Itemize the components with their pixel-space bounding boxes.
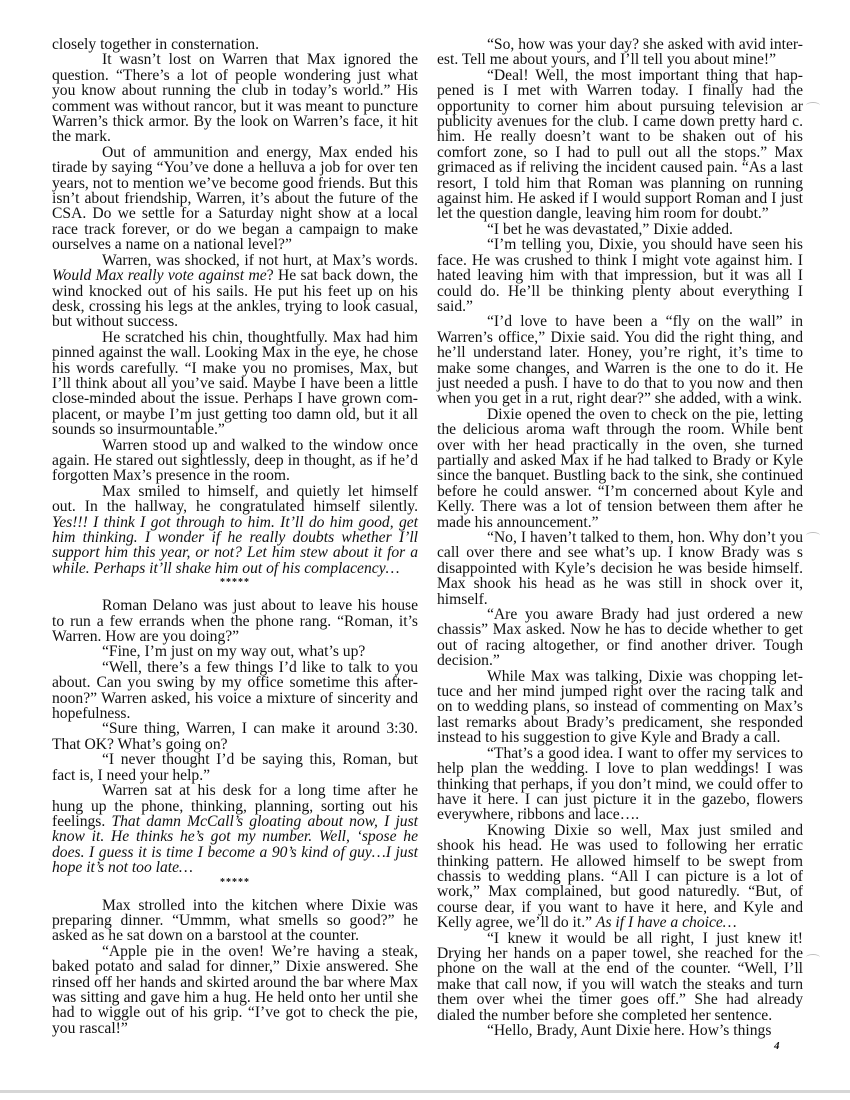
paragraph: While Max was talking, Dixie was choppin… <box>437 669 803 746</box>
paragraph: closely together in consternation. <box>52 37 418 52</box>
paragraph: “I never thought I’d be saying this, Rom… <box>52 752 418 783</box>
paragraph: “Apple pie in the oven! We’re having a s… <box>52 944 418 1036</box>
right-column: “So, how was your day? she asked with av… <box>437 37 803 1038</box>
paragraph: “I knew it would be all right, I just kn… <box>437 931 803 1023</box>
paragraph: Max smiled to himself, and quietly let h… <box>52 484 418 576</box>
paragraph-text: Max smiled to himself, and quietly let h… <box>52 483 418 515</box>
paragraph: “Fine, I’m just on my way out, what’s up… <box>52 644 418 659</box>
paragraph: “I bet he was devastated,” Dixie added. <box>437 222 803 237</box>
page-bottom-edge <box>0 1090 850 1093</box>
paragraph: “I’d love to have been a “fly on the wal… <box>437 314 803 406</box>
paragraph: “That’s a good idea. I want to offer my … <box>437 746 803 823</box>
paragraph: “Hello, Brady, Aunt Dixie here. How’s th… <box>437 1023 803 1038</box>
paragraph: “Are you aware Brady had just ordered a … <box>437 607 803 669</box>
paragraph: Roman Delano was just about to leave his… <box>52 598 418 644</box>
page-number: 4 <box>774 1040 780 1052</box>
paragraph: He scratched his chin, thoughtfully. Max… <box>52 330 418 438</box>
scan-artifact <box>806 954 820 961</box>
paragraph: “Deal! Well, the most important thing th… <box>437 68 803 222</box>
section-separator: ***** <box>52 576 418 590</box>
paragraph: Max strolled into the kitchen where Dixi… <box>52 898 418 944</box>
paragraph: “I’m telling you, Dixie, you should have… <box>437 237 803 314</box>
section-separator: ***** <box>52 876 418 890</box>
italic-thought: As if I have a choice… <box>596 914 737 931</box>
paragraph: Warren stood up and walked to the window… <box>52 438 418 484</box>
scan-artifact <box>806 532 820 539</box>
document-page: closely together in consternation. It wa… <box>0 0 850 1100</box>
paragraph: “Well, there’s a few things I’d like to … <box>52 660 418 722</box>
paragraph: Out of ammunition and energy, Max ended … <box>52 145 418 253</box>
paragraph: “Sure thing, Warren, I can make it aroun… <box>52 721 418 752</box>
paragraph: “So, how was your day? she asked with av… <box>437 37 803 68</box>
paragraph: Knowing Dixie so well, Max just smiled a… <box>437 823 803 931</box>
left-column: closely together in consternation. It wa… <box>52 37 418 1036</box>
paragraph: It wasn’t lost on Warren that Max ignore… <box>52 52 418 144</box>
italic-thought: Yes!!! I think I got through to him. It’… <box>52 514 418 577</box>
paragraph: Dixie opened the oven to check on the pi… <box>437 407 803 530</box>
scan-artifact <box>806 102 820 109</box>
paragraph: Warren sat at his desk for a long time a… <box>52 783 418 875</box>
paragraph: “No, I haven’t talked to them, hon. Why … <box>437 530 803 607</box>
paragraph: Warren, was shocked, if not hurt, at Max… <box>52 253 418 330</box>
